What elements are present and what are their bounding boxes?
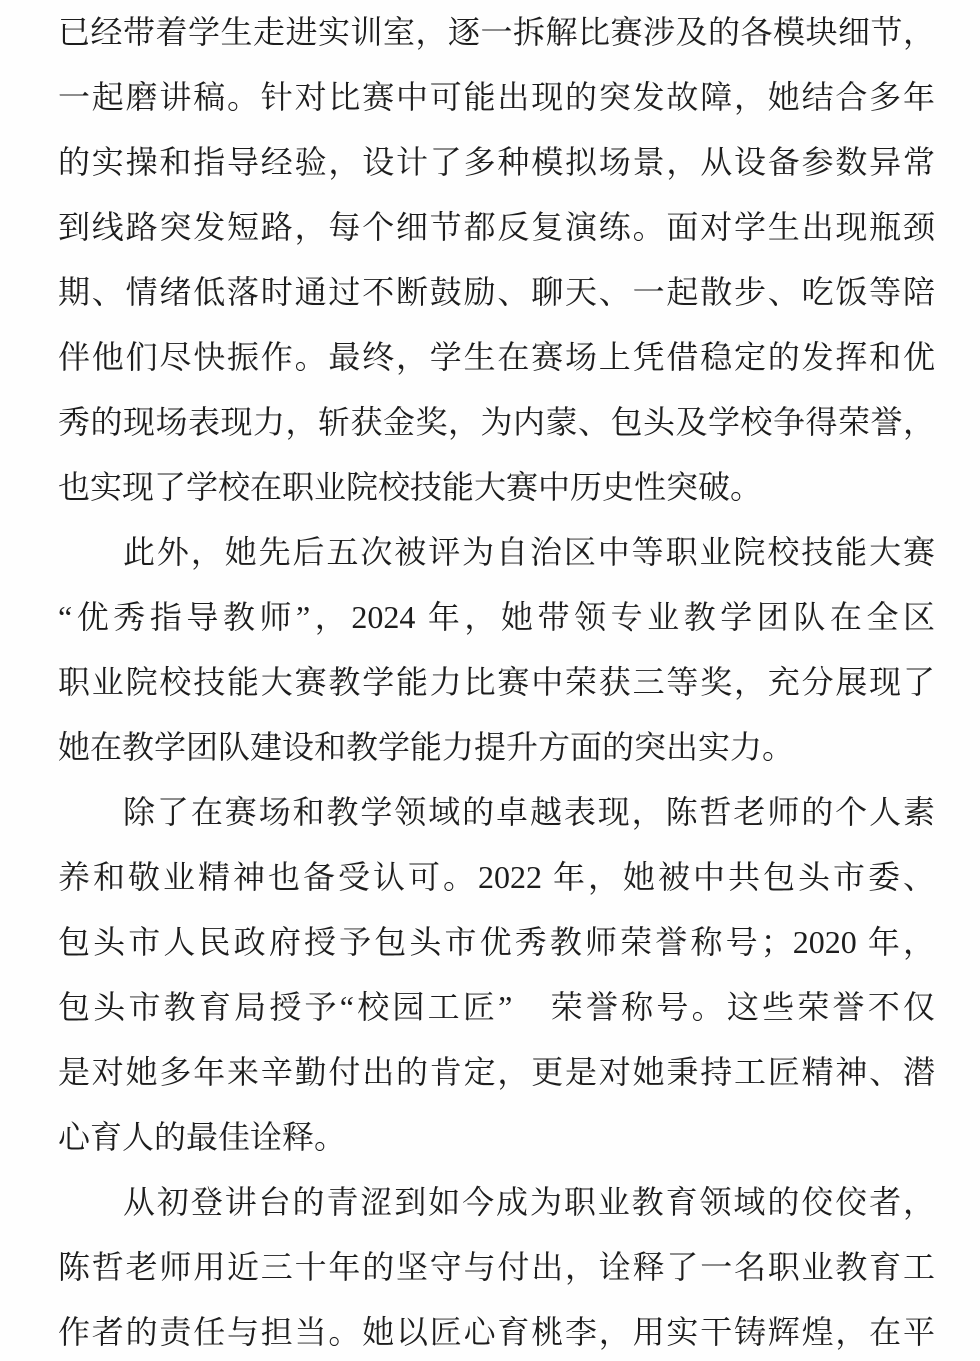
document-page: 已经带着学生走进实训室，逐一拆解比赛涉及的各模块细节，一起磨讲稿。针对比赛中可能… [0,0,980,1361]
text-line: 陈哲老师用近三十年的坚守与付出，诠释了一名职业教育工 [58,1235,935,1300]
text-line: 养和敬业精神也备受认可。2022 年，她被中共包头市委、 [58,845,935,910]
text-line: 到线路突发短路，每个细节都反复演练。面对学生出现瓶颈 [58,195,935,260]
document-text-block: 已经带着学生走进实训室，逐一拆解比赛涉及的各模块细节，一起磨讲稿。针对比赛中可能… [58,0,935,1361]
text-line: 也实现了学校在职业院校技能大赛中历史性突破。 [58,455,935,520]
text-line: 一起磨讲稿。针对比赛中可能出现的突发故障，她结合多年 [58,65,935,130]
text-line: 包头市教育局授予“校园工匠” 荣誉称号。这些荣誉不仅 [58,975,935,1040]
text-line: 秀的现场表现力，斩获金奖，为内蒙、包头及学校争得荣誉， [58,390,935,455]
text-line: 已经带着学生走进实训室，逐一拆解比赛涉及的各模块细节， [58,0,935,65]
text-line: 她在教学团队建设和教学能力提升方面的突出实力。 [58,715,935,780]
text-line: 的实操和指导经验，设计了多种模拟场景，从设备参数异常 [58,130,935,195]
text-line: 从初登讲台的青涩到如今成为职业教育领域的佼佼者， [58,1170,935,1235]
text-line: 伴他们尽快振作。最终，学生在赛场上凭借稳定的发挥和优 [58,325,935,390]
text-line: 除了在赛场和教学领域的卓越表现，陈哲老师的个人素 [58,780,935,845]
text-line: 期、情绪低落时通过不断鼓励、聊天、一起散步、吃饭等陪 [58,260,935,325]
text-line: “优秀指导教师”，2024 年，她带领专业教学团队在全区 [58,585,935,650]
text-line: 是对她多年来辛勤付出的肯定，更是对她秉持工匠精神、潜 [58,1040,935,1105]
text-line: 作者的责任与担当。她以匠心育桃李，用实干铸辉煌，在平 [58,1300,935,1361]
text-line: 职业院校技能大赛教学能力比赛中荣获三等奖，充分展现了 [58,650,935,715]
text-line: 包头市人民政府授予包头市优秀教师荣誉称号；2020 年， [58,910,935,975]
text-line: 心育人的最佳诠释。 [58,1105,935,1170]
text-line: 此外，她先后五次被评为自治区中等职业院校技能大赛 [58,520,935,585]
